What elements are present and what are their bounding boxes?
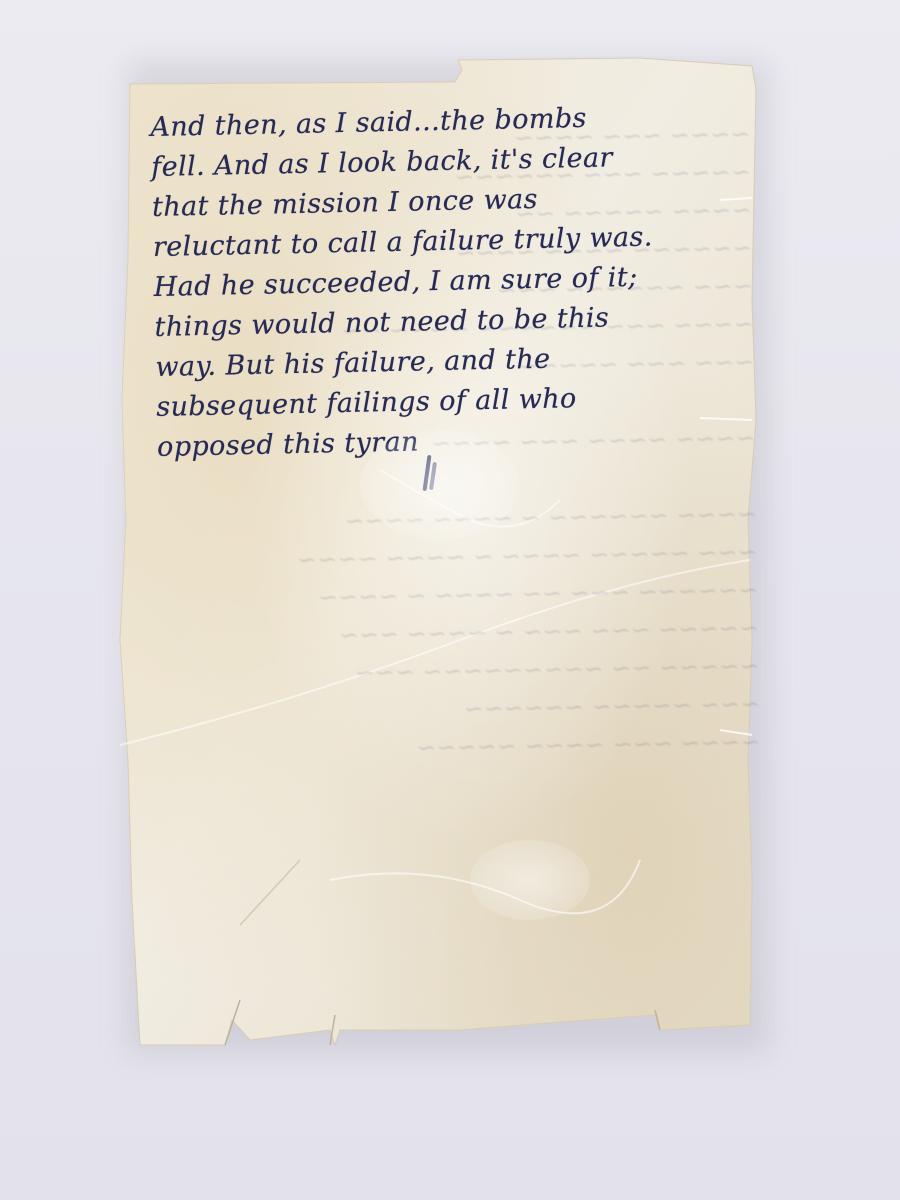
letter-paper: ~~~~ ~~~ ~~~~ ~~~~~ ~~~ ~~~~~~ ~~~~ ~~~~…	[0, 0, 900, 1200]
handwritten-text: And then, as I said...the bombs fell. An…	[150, 95, 757, 467]
